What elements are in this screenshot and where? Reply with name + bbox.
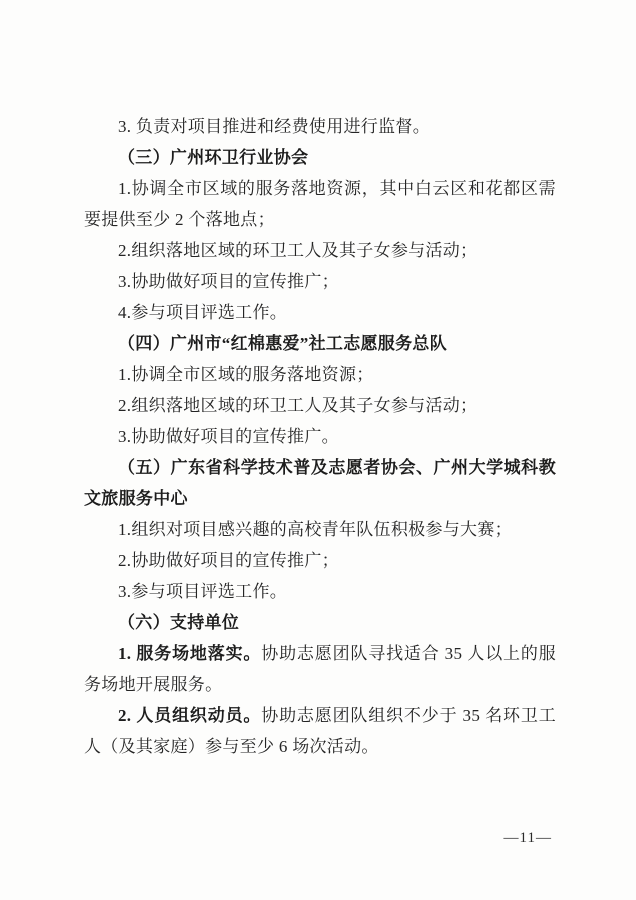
section-heading: （四）广州市“红棉惠爱”社工志愿服务总队 bbox=[84, 328, 556, 359]
section-heading: （六）支持单位 bbox=[84, 607, 556, 638]
document-body: 3. 负责对项目推进和经费使用进行监督。 （三）广州环卫行业协会 1.协调全市区… bbox=[84, 111, 556, 762]
body-paragraph: 1.协调全市区域的服务落地资源，其中白云区和花都区需要提供至少 2 个落地点； bbox=[84, 173, 556, 235]
paragraph-lead: 2. 人员组织动员。 bbox=[118, 706, 261, 725]
body-paragraph: 1. 服务场地落实。协助志愿团队寻找适合 35 人以上的服务场地开展服务。 bbox=[84, 638, 556, 700]
paragraph-lead: 1. 服务场地落实。 bbox=[118, 644, 261, 663]
body-paragraph: 3.协助做好项目的宣传推广。 bbox=[84, 421, 556, 452]
body-paragraph: 3. 负责对项目推进和经费使用进行监督。 bbox=[84, 111, 556, 142]
section-heading: （五）广东省科学技术普及志愿者协会、广州大学城科教文旅服务中心 bbox=[84, 452, 556, 514]
body-paragraph: 4.参与项目评选工作。 bbox=[84, 297, 556, 328]
body-paragraph: 1.协调全市区域的服务落地资源； bbox=[84, 359, 556, 390]
body-paragraph: 2.协助做好项目的宣传推广； bbox=[84, 545, 556, 576]
body-paragraph: 2.组织落地区域的环卫工人及其子女参与活动； bbox=[84, 235, 556, 266]
section-heading: （三）广州环卫行业协会 bbox=[84, 142, 556, 173]
body-paragraph: 2. 人员组织动员。协助志愿团队组织不少于 35 名环卫工人（及其家庭）参与至少… bbox=[84, 700, 556, 762]
page-number: —11— bbox=[504, 830, 552, 847]
document-page: 3. 负责对项目推进和经费使用进行监督。 （三）广州环卫行业协会 1.协调全市区… bbox=[0, 0, 636, 900]
body-paragraph: 3.协助做好项目的宣传推广； bbox=[84, 266, 556, 297]
body-paragraph: 2.组织落地区域的环卫工人及其子女参与活动； bbox=[84, 390, 556, 421]
body-paragraph: 3.参与项目评选工作。 bbox=[84, 576, 556, 607]
body-paragraph: 1.组织对项目感兴趣的高校青年队伍积极参与大赛； bbox=[84, 514, 556, 545]
